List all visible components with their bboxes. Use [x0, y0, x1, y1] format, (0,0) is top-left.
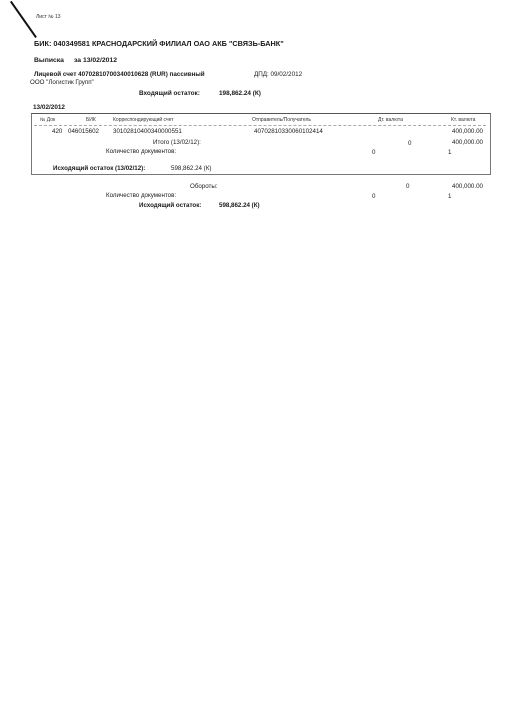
last-operation-date: ДПД: 09/02/2012 [254, 71, 302, 78]
col-header-debit: Дт. валюта [378, 117, 403, 123]
day-date: 13/02/2012 [33, 104, 65, 111]
bik-value: 046015602 [68, 128, 99, 135]
margin-slash-mark [10, 1, 37, 38]
turnover-credit: 400,000.00 [452, 183, 483, 190]
col-header-doc-no: № Док [40, 117, 55, 123]
summary-closing-label: Исходящий остаток: [139, 202, 201, 209]
statement-label: Выписка [34, 57, 64, 64]
counterparty-value: 40702810330060102414 [254, 128, 323, 135]
credit-value: 400,000.00 [452, 128, 483, 135]
day-total-label: Итого (13/02/12): [153, 139, 201, 146]
sheet-number: Лист № 13 [36, 14, 61, 20]
account-owner: ООО "Логистик Групп" [30, 79, 94, 86]
summary-doc-count-debit: 0 [372, 193, 375, 200]
summary-doc-count-credit: 1 [448, 193, 451, 200]
col-header-credit: Кт. валюта [451, 117, 475, 123]
day-doc-count-label: Количество документов: [106, 148, 176, 155]
day-total-debit: 0 [408, 140, 411, 147]
statement-date: за 13/02/2012 [74, 57, 117, 64]
opening-balance-value: 198,862.24 (К) [219, 90, 261, 97]
day-doc-count-credit: 1 [448, 149, 451, 156]
header-divider [34, 125, 486, 126]
day-closing-label: Исходящий остаток (13/02/12): [53, 165, 145, 172]
turnover-debit: 0 [406, 183, 409, 190]
doc-number: 420 [52, 128, 62, 135]
opening-balance-label: Входящий остаток: [139, 90, 200, 97]
col-header-bik: БИК [86, 117, 96, 123]
day-closing-value: 598,862.24 (К) [171, 165, 211, 172]
summary-closing-value: 598,862.24 (К) [219, 202, 260, 209]
col-header-counterparty: Отправитель/Получатель [252, 117, 311, 123]
day-total-credit: 400,000.00 [452, 139, 483, 146]
corr-account-value: 30102810400340000551 [113, 128, 182, 135]
bank-header: БИК: 040349581 КРАСНОДАРСКИЙ ФИЛИАЛ ОАО … [34, 39, 284, 48]
turnover-label: Обороты: [190, 183, 218, 190]
account-line: Лицевой счет 40702810700340010628 (RUR) … [34, 71, 205, 78]
col-header-corr-account: Корреспондирующий счет [113, 117, 174, 123]
day-doc-count-debit: 0 [372, 149, 375, 156]
day-closing-label-text: Исходящий остаток (13/02/12): [53, 165, 145, 172]
summary-doc-count-label: Количество документов: [106, 192, 176, 199]
